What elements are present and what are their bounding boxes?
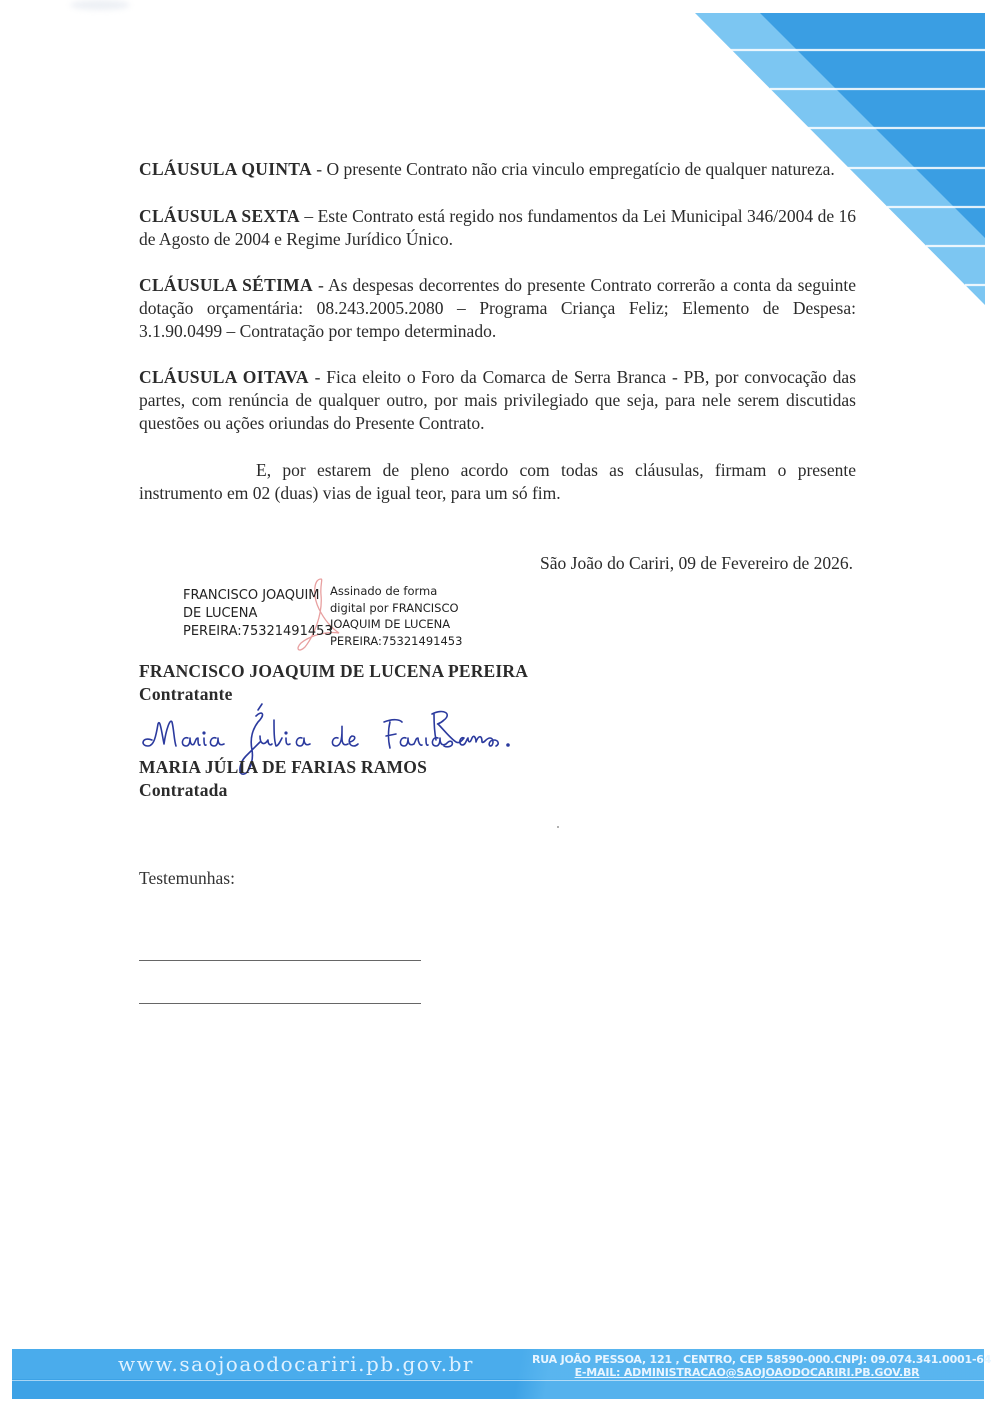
clause-setima: CLÁUSULA SÉTIMA - As despesas decorrente… [139, 274, 856, 343]
witness-signature-line-1 [139, 960, 421, 961]
clause-heading: CLÁUSULA SÉTIMA [139, 275, 313, 295]
footer-email-link[interactable]: E-MAIL: ADMINISTRACAO@SAOJOAODOCARIRI.PB… [532, 1366, 962, 1379]
clause-text: O presente Contrato não cria vinculo emp… [326, 159, 834, 179]
clause-oitava: CLÁUSULA OITAVA - Fica eleito o Foro da … [139, 366, 856, 435]
scan-smudge [70, 0, 130, 10]
closing-text: E, por estarem de pleno acordo com todas… [139, 460, 856, 503]
letterhead-footer: www.saojoaodocariri.pb.gov.br RUA JOÃO P… [12, 1349, 984, 1399]
footer-contact: RUA JOÃO PESSOA, 121 , CENTRO, CEP 58590… [532, 1353, 962, 1379]
clause-heading: CLÁUSULA SEXTA [139, 206, 300, 226]
contratada-role: Contratada [139, 779, 228, 801]
footer-address: RUA JOÃO PESSOA, 121 , CENTRO, CEP 58590… [532, 1353, 962, 1366]
scan-speck [557, 826, 559, 828]
clause-sexta: CLÁUSULA SEXTA – Este Contrato está regi… [139, 205, 856, 251]
contratante-name: FRANCISCO JOAQUIM DE LUCENA PEREIRA [139, 660, 528, 682]
signature-note: Assinado de forma digital por FRANCISCO … [330, 583, 480, 649]
footer-website-link[interactable]: www.saojoaodocariri.pb.gov.br [118, 1352, 474, 1376]
closing-paragraph: E, por estarem de pleno acordo com todas… [139, 459, 856, 505]
clause-heading: CLÁUSULA OITAVA [139, 367, 309, 387]
clause-quinta: CLÁUSULA QUINTA - O presente Contrato nã… [139, 158, 856, 181]
footer-divider [12, 1380, 984, 1381]
witnesses-label: Testemunhas: [139, 868, 235, 889]
witness-signature-line-2 [139, 1003, 421, 1004]
contratada-name: MARIA JÚLIA DE FARIAS RAMOS [139, 756, 427, 778]
clause-heading: CLÁUSULA QUINTA [139, 159, 312, 179]
signer-id: FRANCISCO JOAQUIM DE LUCENA PEREIRA:7532… [183, 587, 333, 641]
place-and-date: São João do Cariri, 09 de Fevereiro de 2… [540, 552, 853, 575]
